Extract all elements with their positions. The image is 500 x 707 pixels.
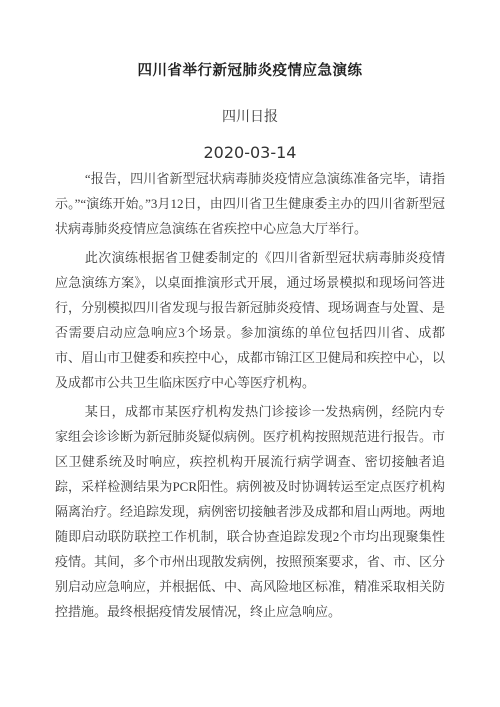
- article-paragraph: 此次演练根据省卫健委制定的《四川省新型冠状病毒肺炎疫情应急演练方案》，以桌面推演…: [55, 245, 445, 395]
- article-paragraph: 某日，成都市某医疗机构发热门诊接诊一发热病例，经院内专家组会诊诊断为新冠肺炎疑似…: [55, 399, 445, 624]
- article-title: 四川省举行新冠肺炎疫情应急演练: [55, 62, 445, 80]
- article-source: 四川日报: [55, 107, 445, 125]
- article-paragraph: “报告，四川省新型冠状病毒肺炎疫情应急演练准备完毕，请指示。”“演练开始。”3月…: [55, 166, 445, 241]
- article-date: 2020-03-14: [55, 143, 445, 162]
- article-body: “报告，四川省新型冠状病毒肺炎疫情应急演练准备完毕，请指示。”“演练开始。”3月…: [55, 166, 445, 624]
- article-page: 四川省举行新冠肺炎疫情应急演练 四川日报 2020-03-14 “报告，四川省新…: [55, 0, 445, 624]
